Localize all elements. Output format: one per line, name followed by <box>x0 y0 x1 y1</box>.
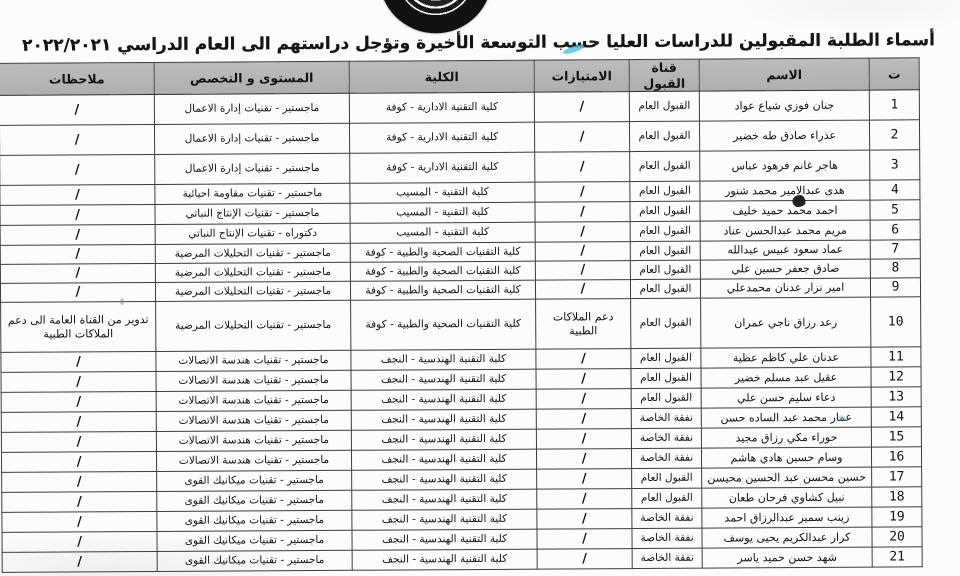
cell-college: كلية التقنية الادارية - كوفة <box>350 152 535 183</box>
cell-privileges: / <box>536 369 631 390</box>
cell-channel: القبول العام <box>631 348 701 368</box>
cell-college: كلية التقنية الهندسية - النجف <box>352 469 537 490</box>
cell-no: 12 <box>871 367 921 387</box>
cell-privileges: / <box>537 469 632 490</box>
cell-privileges: / <box>535 242 630 262</box>
cell-no: 19 <box>872 507 922 527</box>
cell-notes: / <box>1 432 156 453</box>
cell-program: ماجستير - تقنيات إدارة الاعمال <box>154 124 349 155</box>
cell-name: شهد حسن حميد ياسر <box>702 547 872 568</box>
cell-program: ماجستير - تقنيات هندسة الاتصالات <box>156 431 351 452</box>
cell-notes: / <box>2 532 157 553</box>
cell-notes: / <box>0 264 155 284</box>
cell-college: كلية التقنية الادارية - كوفة <box>349 92 534 123</box>
gray-speck <box>120 298 124 305</box>
cell-no: 13 <box>871 387 921 407</box>
cell-name: حوراء مكي رزاق مجيد <box>701 427 871 448</box>
column-header-channel: قناة القبول <box>629 59 699 92</box>
cell-name: احمد محمد حميد خليف <box>700 200 870 221</box>
cell-channel: القبول العام <box>631 368 701 388</box>
cell-notes: / <box>0 95 154 126</box>
cell-college: كلية التقنية - المسيب <box>350 202 535 223</box>
cell-no: 2 <box>869 120 919 150</box>
cell-college: كلية التقنية الهندسية - النجف <box>351 449 536 470</box>
cell-program: ماجستير - تقنيات هندسة الاتصالات <box>156 391 351 412</box>
cell-college: كلية التقنيات الصحية والطبية - كوفة <box>351 299 536 350</box>
cell-privileges: / <box>534 92 629 123</box>
cell-channel: القبول العام <box>630 151 700 181</box>
cell-channel: القبول العام <box>630 279 700 298</box>
cell-notes: / <box>0 283 155 303</box>
cell-privileges: / <box>536 389 631 410</box>
cell-notes: / <box>2 492 157 513</box>
cell-notes: تدوير من القناة العامة الى دعم الملاكات … <box>1 302 156 353</box>
cell-privileges: / <box>536 429 631 450</box>
column-header-notes: ملاحظات <box>0 62 154 95</box>
cell-no: 17 <box>872 467 922 487</box>
cell-no: 15 <box>871 427 921 447</box>
column-header-program: المستوى و التخصص <box>154 61 349 94</box>
cell-college: كلية التقنية الهندسية - النجف <box>351 429 536 450</box>
cell-notes: / <box>0 155 155 186</box>
scanned-document-page: أسماء الطلبة المقبولين للدراسات العليا ح… <box>0 0 960 576</box>
cell-channel: القبول العام <box>629 121 699 151</box>
cell-program: ماجستير - تقنيات هندسة الاتصالات <box>156 371 351 392</box>
cell-name: كرار عبدالكريم يحيى يوسف <box>702 527 872 548</box>
cell-name: زينب سمير عبدالرزاق احمد <box>702 507 872 528</box>
column-header-name: الاسم <box>699 58 869 91</box>
cell-privileges: / <box>535 152 630 183</box>
cell-channel: القبول العام <box>631 298 701 348</box>
cell-privileges: / <box>537 529 632 550</box>
cell-privileges: دعم الملاكات الطبية <box>536 299 631 350</box>
cell-channel: القبول العام <box>632 468 702 488</box>
cell-no: 6 <box>870 220 920 240</box>
cell-program: ماجستير - تقنيات ميكانيك القوى <box>157 471 352 492</box>
cell-channel: القبول العام <box>632 488 702 508</box>
cell-college: كلية التقنية الهندسية - النجف <box>351 389 536 410</box>
cell-no: 7 <box>870 240 920 259</box>
cell-name: صادق جعفر حسين علي <box>700 259 870 279</box>
cell-name: عمار محمد عبد الساده حسن <box>701 407 871 428</box>
cell-name: عقيل عبد مسلم خضير <box>701 367 871 388</box>
cell-channel: القبول العام <box>631 388 701 408</box>
table-row: 21شهد حسن حميد ياسرنفقة الخاصة/كلية التق… <box>2 547 922 573</box>
cell-no: 4 <box>870 180 920 200</box>
cell-name: هدى عبدالامير محمد شنور <box>700 180 870 201</box>
cell-program: ماجستير - تقنيات التحليلات المرضية <box>155 263 350 283</box>
cell-no: 21 <box>872 547 922 567</box>
cell-channel: نفقة الخاصة <box>631 448 701 468</box>
cell-privileges: / <box>537 509 632 530</box>
cell-program: ماجستير - تقنيات الإنتاج النباتي <box>155 204 350 225</box>
ink-blot <box>792 195 805 207</box>
cell-name: جنان فوزي شياع عواد <box>699 90 869 121</box>
cell-notes: / <box>0 245 155 265</box>
official-seal-icon <box>379 0 493 34</box>
cell-privileges: / <box>536 449 631 470</box>
cell-channel: القبول العام <box>629 91 699 121</box>
cell-notes: / <box>1 352 156 373</box>
cell-privileges: / <box>535 280 630 300</box>
cell-privileges: / <box>537 549 632 570</box>
students-table: ت الاسم قناة القبول الامتيازات الكلية ال… <box>0 57 923 573</box>
cell-college: كلية التقنيات الصحية والطبية - كوفة <box>350 242 535 262</box>
cell-program: ماجستير - تقنيات ميكانيك القوى <box>157 491 352 512</box>
cell-notes: / <box>1 372 156 393</box>
cell-privileges: / <box>534 122 629 153</box>
cell-notes: / <box>0 185 155 206</box>
cell-privileges: / <box>536 409 631 430</box>
cell-channel: القبول العام <box>630 260 700 279</box>
cell-privileges: / <box>535 261 630 281</box>
cell-privileges: / <box>537 489 632 510</box>
cell-no: 20 <box>872 527 922 547</box>
table-row: 10رعد رزاق ناجي عمرانالقبول العامدعم الم… <box>1 297 921 353</box>
cell-college: كلية التقنية - المسيب <box>350 182 535 203</box>
cell-name: عذراء صادق طه خضير <box>699 120 869 151</box>
cell-program: دكتوراه - تقنيات الإنتاج النباتي <box>155 224 350 245</box>
cell-program: ماجستير - تقنيات التحليلات المرضية <box>155 244 350 264</box>
cell-notes: / <box>2 512 157 533</box>
cell-name: هاجر غانم فرهود عباس <box>700 150 870 181</box>
cell-name: نبيل كشاوي فرحان طعان <box>702 487 872 508</box>
cell-privileges: / <box>535 222 630 243</box>
cell-college: كلية التقنية الهندسية - النجف <box>351 349 536 370</box>
cell-program: ماجستير - تقنيات ميكانيك القوى <box>157 511 352 532</box>
cell-notes: / <box>0 205 155 226</box>
cell-college: كلية التقنية الهندسية - النجف <box>352 549 537 570</box>
cell-program: ماجستير - تقنيات هندسة الاتصالات <box>156 351 351 372</box>
cell-notes: / <box>1 452 156 473</box>
cell-program: ماجستير - تقنيات إدارة الاعمال <box>155 154 350 185</box>
column-header-no: ت <box>869 58 919 91</box>
cell-college: كلية التقنية الادارية - كوفة <box>349 122 534 153</box>
cell-channel: نفقة الخاصة <box>632 508 702 528</box>
cell-no: 18 <box>872 487 922 507</box>
cell-channel: القبول العام <box>630 201 700 221</box>
cell-channel: نفقة الخاصة <box>631 408 701 428</box>
cell-name: مريم محمد عبدالحسن عناد <box>700 220 870 241</box>
cell-notes: / <box>2 472 157 493</box>
cell-program: ماجستير - تقنيات ميكانيك القوى <box>157 531 352 552</box>
cell-college: كلية التقنية الهندسية - النجف <box>352 489 537 510</box>
cell-college: كلية التقنيات الصحية والطبية - كوفة <box>350 280 535 300</box>
cell-no: 8 <box>870 259 920 278</box>
cell-channel: القبول العام <box>630 221 700 241</box>
cell-no: 10 <box>871 297 921 347</box>
cell-name: عماد سعود عبيس عبدالله <box>700 240 870 260</box>
cell-program: ماجستير - تقنيات التحليلات المرضية <box>156 301 351 352</box>
cell-no: 3 <box>870 150 920 180</box>
cell-privileges: / <box>535 182 630 203</box>
cell-program: ماجستير - تقنيات هندسة الاتصالات <box>156 451 351 472</box>
scan-content: أسماء الطلبة المقبولين للدراسات العليا ح… <box>0 0 960 576</box>
cell-no: 11 <box>871 347 921 367</box>
cell-notes: / <box>1 412 156 433</box>
table-body: 1جنان فوزي شياع عوادالقبول العام/كلية ال… <box>0 90 922 573</box>
cell-program: ماجستير - تقنيات مقاومة احيائية <box>155 184 350 205</box>
cell-name: امير نزار عدنان محمدعلي <box>700 278 870 298</box>
cell-name: عدنان علي كاظم عطية <box>701 347 871 368</box>
cell-no: 14 <box>871 407 921 427</box>
cell-no: 16 <box>871 447 921 467</box>
cell-notes: / <box>1 392 156 413</box>
cell-program: ماجستير - تقنيات هندسة الاتصالات <box>156 411 351 432</box>
cell-no: 9 <box>870 278 920 297</box>
cell-channel: نفقة الخاصة <box>631 428 701 448</box>
cell-notes: / <box>0 225 155 246</box>
cell-college: كلية التقنية الهندسية - النجف <box>351 409 536 430</box>
document-title: أسماء الطلبة المقبولين للدراسات العليا ح… <box>0 30 959 56</box>
cell-no: 1 <box>869 90 919 120</box>
cell-privileges: / <box>535 202 630 223</box>
cell-college: كلية التقنيات الصحية والطبية - كوفة <box>350 261 535 281</box>
cell-name: دعاء سليم حسن علي <box>701 387 871 408</box>
cell-channel: القبول العام <box>630 181 700 201</box>
column-header-privileges: الامتيازات <box>534 60 629 93</box>
cell-channel: نفقة الخاصة <box>632 528 702 548</box>
cell-privileges: / <box>536 349 631 370</box>
cell-college: كلية التقنية الهندسية - النجف <box>352 509 537 530</box>
column-header-college: الكلية <box>349 60 534 93</box>
cell-name: حسين محسن عبد الحسين محيسن <box>702 467 872 488</box>
cell-college: كلية التقنية الهندسية - النجف <box>351 369 536 390</box>
cell-channel: نفقة الخاصة <box>632 548 702 568</box>
cell-name: رعد رزاق ناجي عمران <box>701 297 871 348</box>
cell-name: وسام حسين هادي هاشم <box>701 447 871 468</box>
cell-notes: / <box>0 125 155 156</box>
cell-program: ماجستير - تقنيات التحليلات المرضية <box>155 282 350 302</box>
cell-notes: / <box>2 552 157 573</box>
cell-college: كلية التقنية الهندسية - النجف <box>352 529 537 550</box>
cell-college: كلية التقنية - المسيب <box>350 222 535 243</box>
cell-no: 5 <box>870 200 920 220</box>
cell-program: ماجستير - تقنيات إدارة الاعمال <box>154 94 349 125</box>
cell-channel: القبول العام <box>630 241 700 260</box>
cell-program: ماجستير - تقنيات ميكانيك القوى <box>157 551 352 572</box>
